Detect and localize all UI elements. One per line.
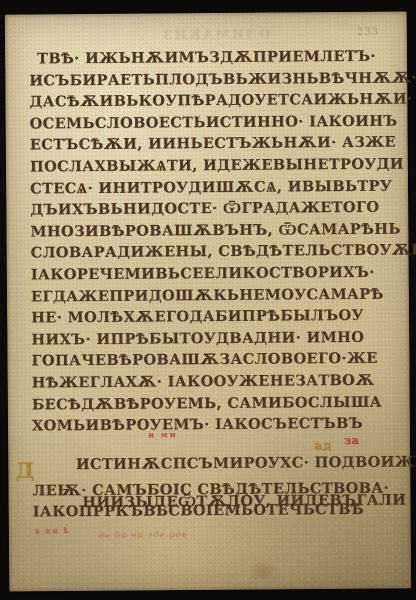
manuscript-line: ДЪИХЪВЬНИДОСТЕ· ѾГРАДАЖЕТОГО	[30, 199, 390, 223]
folio-number: 233	[357, 27, 379, 38]
photo-background: ОЛИМАКИЗ 233 ТВѢ· ИЖЬНѪИМЪЗДѪПРИЕМЛЕТЪ· …	[0, 0, 416, 600]
manuscript-line: НИХЪ· ИПРѢБЫТОУДВАДНИ· ИМНО	[31, 328, 391, 352]
manuscript-line: ІАКОПРРКЪВЬСВОІЕМЬОТЕЧЬСТВѢ	[33, 501, 393, 525]
manuscript-line: ГОПАЧЕВѢРОВАШѪЗАСЛОВОЕГО·ЖЕ	[31, 350, 391, 374]
showthrough-text: ОЛИМАКИЗ	[131, 27, 301, 43]
rubric-gloss-left: а пи ѣ	[35, 526, 70, 535]
manuscript-line: ІАКОРЕЧЕМИВЬСЕЕЛИКОСТВОРИХЪ·	[31, 264, 391, 288]
manuscript-line: НЕ· МОЛѢХѪЕГОДАБИПРѢБЫЛЪОУ	[31, 307, 391, 331]
manuscript-line: МНОЗИВѢРОВАШѪВЪНЪ, ѾСАМАРѢНЬ	[30, 220, 390, 244]
text-block: ТВѢ· ИЖЬНѪИМЪЗДѪПРИЕМЛЕТЪ· ИСЪБИРАЕТЬПЛО…	[29, 48, 393, 526]
manuscript-line: ЛЕѬ· САМЪБОІС СВѢДѢТЕЛЬСТВОВА·	[32, 479, 392, 503]
rubric-gloss-center: вѡ ба ни зде ров	[99, 529, 188, 541]
manuscript-line: ЕСТЪСѢѪИ, ИИНЬЕСТЪЖЬНѪИ· АЗЖЕ	[30, 134, 390, 158]
manuscript-line: Д НИИЗЫДЕѾТѪДОУ, ИИДЕВЪГАЛИ	[32, 458, 392, 482]
manuscript-line: СТЕСѦ· ИНИТРОУДИШѪСѦ, ИВЫВЬТРУ	[30, 177, 390, 201]
manuscript-page: ОЛИМАКИЗ 233 ТВѢ· ИЖЬНѪИМЪЗДѪПРИЕМЛЕТЪ· …	[5, 11, 412, 591]
manuscript-line: ХОМЬИВѢРОУЕМЪ· ІАКОСЪЕСТЪВЪ	[32, 415, 392, 439]
manuscript-line: БЕСѢДѪВѢРОУЕМЬ, САМИБОСЛЫША	[32, 393, 392, 417]
manuscript-line: ЕГДАЖЕПРИДОШѪКЬНЕМОУСАМАРѢ	[31, 285, 391, 309]
interlinear-correction: и ми	[148, 429, 178, 439]
ink-stain	[247, 559, 279, 583]
manuscript-line: ИСЪБИРАЕТЬПЛОДЪВЬЖИЗНЬВѢЧНѪѪ·	[29, 69, 389, 93]
manuscript-line: ТВѢ· ИЖЬНѪИМЪЗДѪПРИЕМЛЕТЪ·	[29, 48, 389, 72]
manuscript-line: ПОСЛАХВЫЖѦТИ, ИДЕЖЕВЫНЕТРОУДИ	[30, 156, 390, 180]
manuscript-line: СЛОВАРАДИЖЕНЫ, СВѢДѢТЕЛЬСТВОУѪЩИ·	[31, 242, 391, 266]
illuminated-initial: Д	[15, 458, 34, 483]
manuscript-line: ИСТИНѪСПСЪМИРОУХС· ПОДВОИЖЕ и ми ад за	[32, 436, 392, 460]
manuscript-line: НѢЖЕГЛАХѪ· ІАКООУЖЕНЕЗАТВОѪ	[32, 371, 392, 395]
manuscript-line: ОСЕМЬСЛОВОЕСТЬИСТИННО· ІАКОИНЪ	[30, 112, 390, 136]
margin-section-number: ад	[314, 438, 332, 452]
margin-zachalo-mark: за	[344, 434, 359, 447]
manuscript-line: ДАСѢѪИВЬКОУПѢРАДОУЕТСАИЖЬНѪИ·	[29, 91, 389, 115]
